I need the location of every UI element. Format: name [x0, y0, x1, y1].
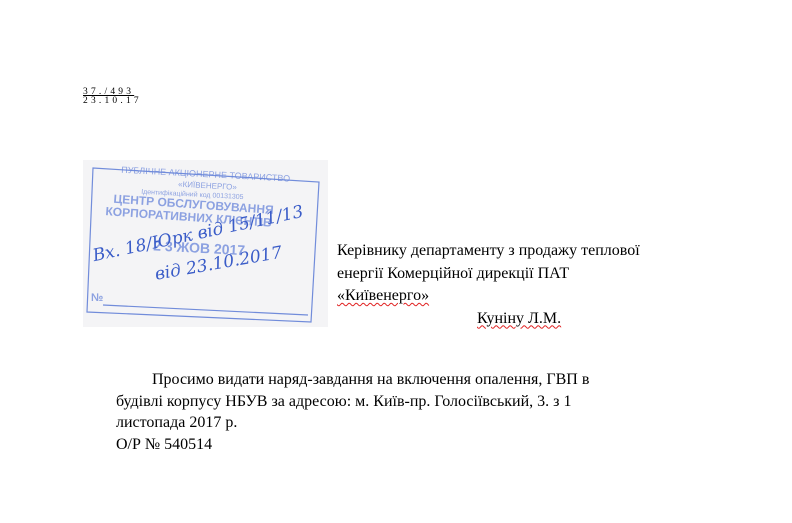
addressee-name-line: Куніну Л.М.	[337, 308, 717, 331]
addressee-line3: «Київенерго»	[337, 285, 717, 308]
letter-body: Просимо видати наряд-завдання на включен…	[116, 369, 676, 455]
addressee-line2: енергії Комерційної дирекції ПАТ	[337, 263, 717, 286]
body-account-number: О/Р № 540514	[116, 434, 676, 456]
body-line1: Просимо видати наряд-завдання на включен…	[116, 369, 676, 391]
incoming-stamp-image: ПУБЛІЧНЕ АКЦІОНЕРНЕ ТОВАРИСТВО «КИЇВЕНЕР…	[83, 160, 328, 327]
stamp-org-line2: «КИЇВЕНЕРГО»	[178, 180, 238, 192]
body-line3: листопада 2017 р.	[116, 412, 676, 434]
addressee-line1: Керівнику департаменту з продажу теплово…	[337, 240, 717, 263]
registration-number: 37./493 23.10.17	[83, 88, 142, 106]
stamp-number-label: №	[91, 292, 103, 304]
addressee-block: Керівнику департаменту з продажу теплово…	[337, 240, 717, 330]
addressee-name: Куніну Л.М.	[477, 310, 561, 327]
body-line2: будівлі корпусу НБУВ за адресою: м. Київ…	[116, 391, 676, 413]
stamp-graphic: ПУБЛІЧНЕ АКЦІОНЕРНЕ ТОВАРИСТВО «КИЇВЕНЕР…	[83, 160, 328, 327]
registration-date: 23.10.17	[83, 97, 142, 106]
addressee-company: «Київенерго»	[337, 287, 429, 304]
